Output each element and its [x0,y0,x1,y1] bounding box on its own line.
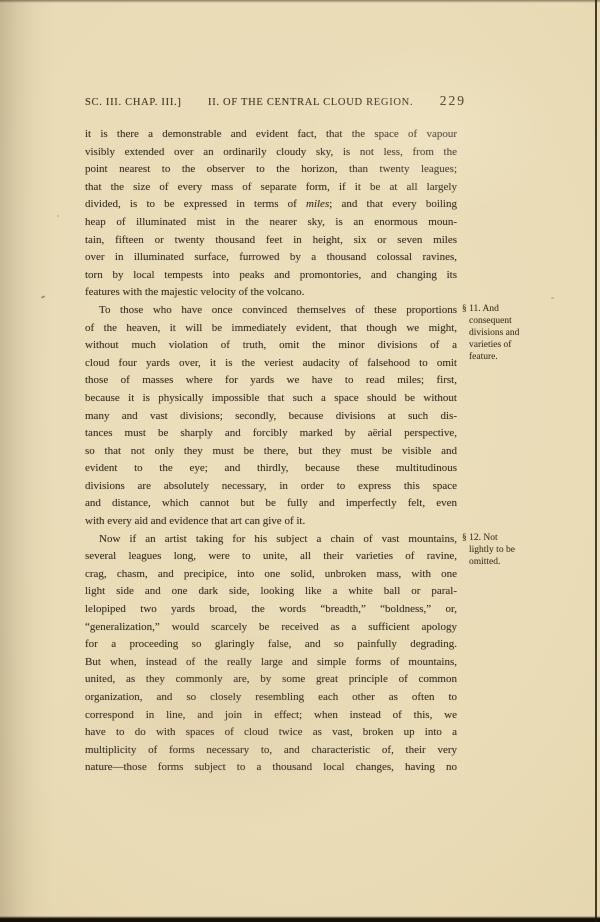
scan-edge-shadow-top [0,0,600,3]
body-line: and distance, which cannot but be fully … [85,495,457,513]
body-line: several leagues long, were to unite, all… [85,548,457,566]
running-head-section: SC. III. CHAP. III.] [85,97,182,108]
body-line: so that not only they must be there, but… [85,443,457,461]
paper-speck [41,295,45,299]
sidenote-line: feature. [462,352,554,364]
sidenote-line: consequent [462,316,554,328]
paper-speck [551,297,554,299]
paragraph: To those who have once convinced themsel… [85,302,457,531]
body-line: correspond in line, and join in effect; … [85,707,457,725]
sidenote-line: varieties of [462,340,554,352]
body-line: To those who have once convinced themsel… [85,302,457,320]
sidenote-section-12: § 12. Notlightly to beomitted. [462,533,554,569]
sidenote-line: lightly to be [462,545,554,557]
body-line: torn by local tempests into peaks and pr… [85,267,457,285]
body-text: it is there a demonstrable and evident f… [85,126,457,777]
body-line: cloud four yards over, it is the veriest… [85,355,457,373]
body-line: evident to the eye; and thirdly, because… [85,460,457,478]
body-line: tain, fifteen or twenty thousand feet in… [85,232,457,250]
body-line: it is there a demonstrable and evident f… [85,126,457,144]
sidenote-line: omitted. [462,557,554,569]
sidenote-line: divisions and [462,328,554,340]
body-line: for a proceeding so glaringly false, and… [85,636,457,654]
book-page-scan: SC. III. CHAP. III.] II. OF THE CENTRAL … [0,0,600,922]
body-line: many and vast divisions; secondly, becau… [85,408,457,426]
body-line: that the size of every mass of separate … [85,179,457,197]
body-line: crag, chasm, and precipice, into one sol… [85,566,457,584]
scan-edge-shadow-bottom [0,916,600,922]
scan-edge-shadow-left [0,0,55,922]
body-line: organization, and so closely resembling … [85,689,457,707]
sidenote-section-11: § 11. Andconsequentdivisions andvarietie… [462,304,554,364]
body-line: light side and one dark side, looking li… [85,583,457,601]
sidenote-line: § 12. Not [462,533,554,545]
body-line: point nearest to the observer to the hor… [85,161,457,179]
scan-edge-line-right [595,0,597,922]
body-line: united, as they commonly are, by some gr… [85,671,457,689]
paragraph: it is there a demonstrable and evident f… [85,126,457,302]
body-line: because it is physically impossible that… [85,390,457,408]
body-line: of the heaven, it will be immediately ev… [85,320,457,338]
body-line: over in illuminated surface, furrowed by… [85,249,457,267]
paragraph: Now if an artist taking for his subject … [85,531,457,777]
running-header: SC. III. CHAP. III.] II. OF THE CENTRAL … [85,93,466,109]
running-head-title: II. OF THE CENTRAL CLOUD REGION. [182,97,440,108]
body-line: But when, instead of the really large an… [85,654,457,672]
page-number: 229 [440,93,466,109]
body-line: divisions are absolutely necessary, in o… [85,478,457,496]
body-line: divided, is to be expressed in terms of … [85,196,457,214]
body-line: lelopiped two yards broad, the words “br… [85,601,457,619]
body-line: visibly extended over an ordinarily clou… [85,144,457,162]
body-line: multiplicity of forms necessary to, and … [85,742,457,760]
body-line: those of masses where for yards we have … [85,372,457,390]
body-line: tances must be sharply and forcibly mark… [85,425,457,443]
body-line: have to do with spaces of cloud twice as… [85,724,457,742]
body-line: Now if an artist taking for his subject … [85,531,457,549]
body-line: features with the majestic velocity of t… [85,284,457,302]
body-line: “generalization,” would scarcely be rece… [85,619,457,637]
body-line: without much violation of truth, omit th… [85,337,457,355]
body-line: heap of illuminated mist in the nearer s… [85,214,457,232]
body-line: with every aid and evidence that art can… [85,513,457,531]
body-line: nature—those forms subject to a thousand… [85,759,457,777]
paper-speck [57,215,59,217]
sidenote-line: § 11. And [462,304,554,316]
